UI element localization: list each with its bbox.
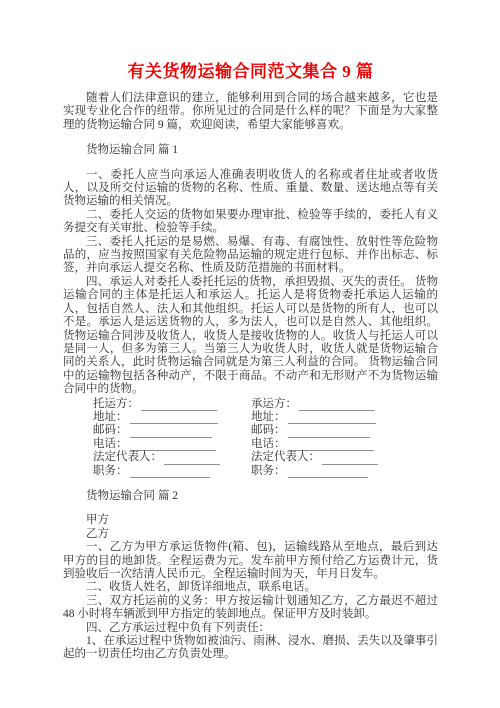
form-label: 电话： <box>251 438 286 451</box>
fill-in-line <box>130 426 212 438</box>
fill-in-line <box>130 412 218 424</box>
form-label: 地址： <box>93 411 128 424</box>
section1-paragraph-1: 一、委托人应当向承运人准确表明收货人的名称或者住址或者收货人，以及所交付运输的货… <box>63 169 438 209</box>
form-field-position-right: 职务： <box>251 465 368 478</box>
section2-paragraph-5: 1、在承运过程中货物如被油污、雨淋、浸水、磨损、丢失以及肇事引起的一切责任均由乙… <box>63 635 438 662</box>
form-row: 邮码： 邮码： <box>93 424 438 437</box>
document-body: 随着人们法律意识的建立，能够利用到合同的场合越来越多，它也是实现专业化合作的纽带… <box>63 92 438 662</box>
fill-in-line <box>130 466 210 478</box>
section1-paragraph-3: 三、委托人托运的是易燃、易爆、有毒、有腐蚀性、放射性等危险物品的，应当按照国家有… <box>63 236 438 276</box>
section1-heading: 货物运输合同 篇 1 <box>63 144 438 157</box>
form-field-phone-left: 电话： <box>93 438 251 451</box>
form-field-address-left: 地址： <box>93 411 251 424</box>
form-field-address-right: 地址： <box>251 411 376 424</box>
section2-heading: 货物运输合同 篇 2 <box>63 490 438 503</box>
form-field-legal-rep-right: 法定代表人： <box>251 451 378 464</box>
form-row: 法定代表人： 法定代表人： <box>93 451 438 464</box>
form-label: 法定代表人： <box>251 451 320 464</box>
form-field-postcode-right: 邮码： <box>251 424 370 437</box>
fill-in-line <box>164 453 220 465</box>
form-row: 地址： 地址： <box>93 411 438 424</box>
section2-paragraph-4: 四、乙方承运过程中负有下列责任： <box>63 622 438 635</box>
form-label: 托运方： <box>93 398 139 411</box>
form-label: 电话： <box>93 438 128 451</box>
form-row: 职务： 职务： <box>93 465 438 478</box>
section2-paragraph-2: 二、收货人姓名，卸货详细地点，联系电话。 <box>63 581 438 594</box>
fill-in-line <box>288 426 370 438</box>
party-a-line: 甲方 <box>63 514 438 527</box>
document-content: 有关货物运输合同范文集合 9 篇 随着人们法律意识的建立，能够利用到合同的场合越… <box>0 0 500 662</box>
form-label: 职务： <box>251 465 286 478</box>
fill-in-line <box>288 412 376 424</box>
fill-in-line <box>141 399 217 411</box>
form-label: 邮码： <box>251 424 286 437</box>
document-page: 有关货物运输合同范文集合 9 篇 随着人们法律意识的建立，能够利用到合同的场合越… <box>0 0 500 708</box>
document-title: 有关货物运输合同范文集合 9 篇 <box>63 57 438 82</box>
form-label: 承运方： <box>251 398 297 411</box>
section1-paragraph-4: 四、承运人对委托人委托托运的货物，承担毁损、灭失的责任。 货物运输合同的主体是托… <box>63 276 438 397</box>
fill-in-line <box>299 399 375 411</box>
form-row: 电话： 电话： <box>93 438 438 451</box>
fill-in-line <box>130 439 216 451</box>
contract-parties-form: 托运方： 承运方： 地址： 地址： 邮码： <box>93 398 438 478</box>
section2-paragraph-3: 三、双方托运前的义务：甲方按运输计划通知乙方，乙方最迟不超过 48 小时将车辆派… <box>63 595 438 622</box>
section1-paragraph-2: 二、委托人交运的货物如果要办理审批、检验等手续的，委托人有义务提交有关审批、检验… <box>63 209 438 236</box>
form-label: 职务： <box>93 465 128 478</box>
section2-paragraph-1: 一、乙方为甲方承运货物件(箱、包)，运输线路从至地点，最后到达甲方的目的地卸货。… <box>63 541 438 581</box>
party-b-line: 乙方 <box>63 528 438 541</box>
form-field-phone-right: 电话： <box>251 438 374 451</box>
fill-in-line <box>288 466 368 478</box>
intro-paragraph: 随着人们法律意识的建立，能够利用到合同的场合越来越多，它也是实现专业化合作的纽带… <box>63 92 438 132</box>
form-field-postcode-left: 邮码： <box>93 424 251 437</box>
form-field-legal-rep-left: 法定代表人： <box>93 451 251 464</box>
form-label: 邮码： <box>93 424 128 437</box>
fill-in-line <box>322 453 378 465</box>
form-label: 法定代表人： <box>93 451 162 464</box>
form-label: 地址： <box>251 411 286 424</box>
form-field-position-left: 职务： <box>93 465 251 478</box>
form-field-shipper: 托运方： <box>93 398 251 411</box>
fill-in-line <box>288 439 374 451</box>
form-field-carrier: 承运方： <box>251 398 375 411</box>
form-row: 托运方： 承运方： <box>93 398 438 411</box>
